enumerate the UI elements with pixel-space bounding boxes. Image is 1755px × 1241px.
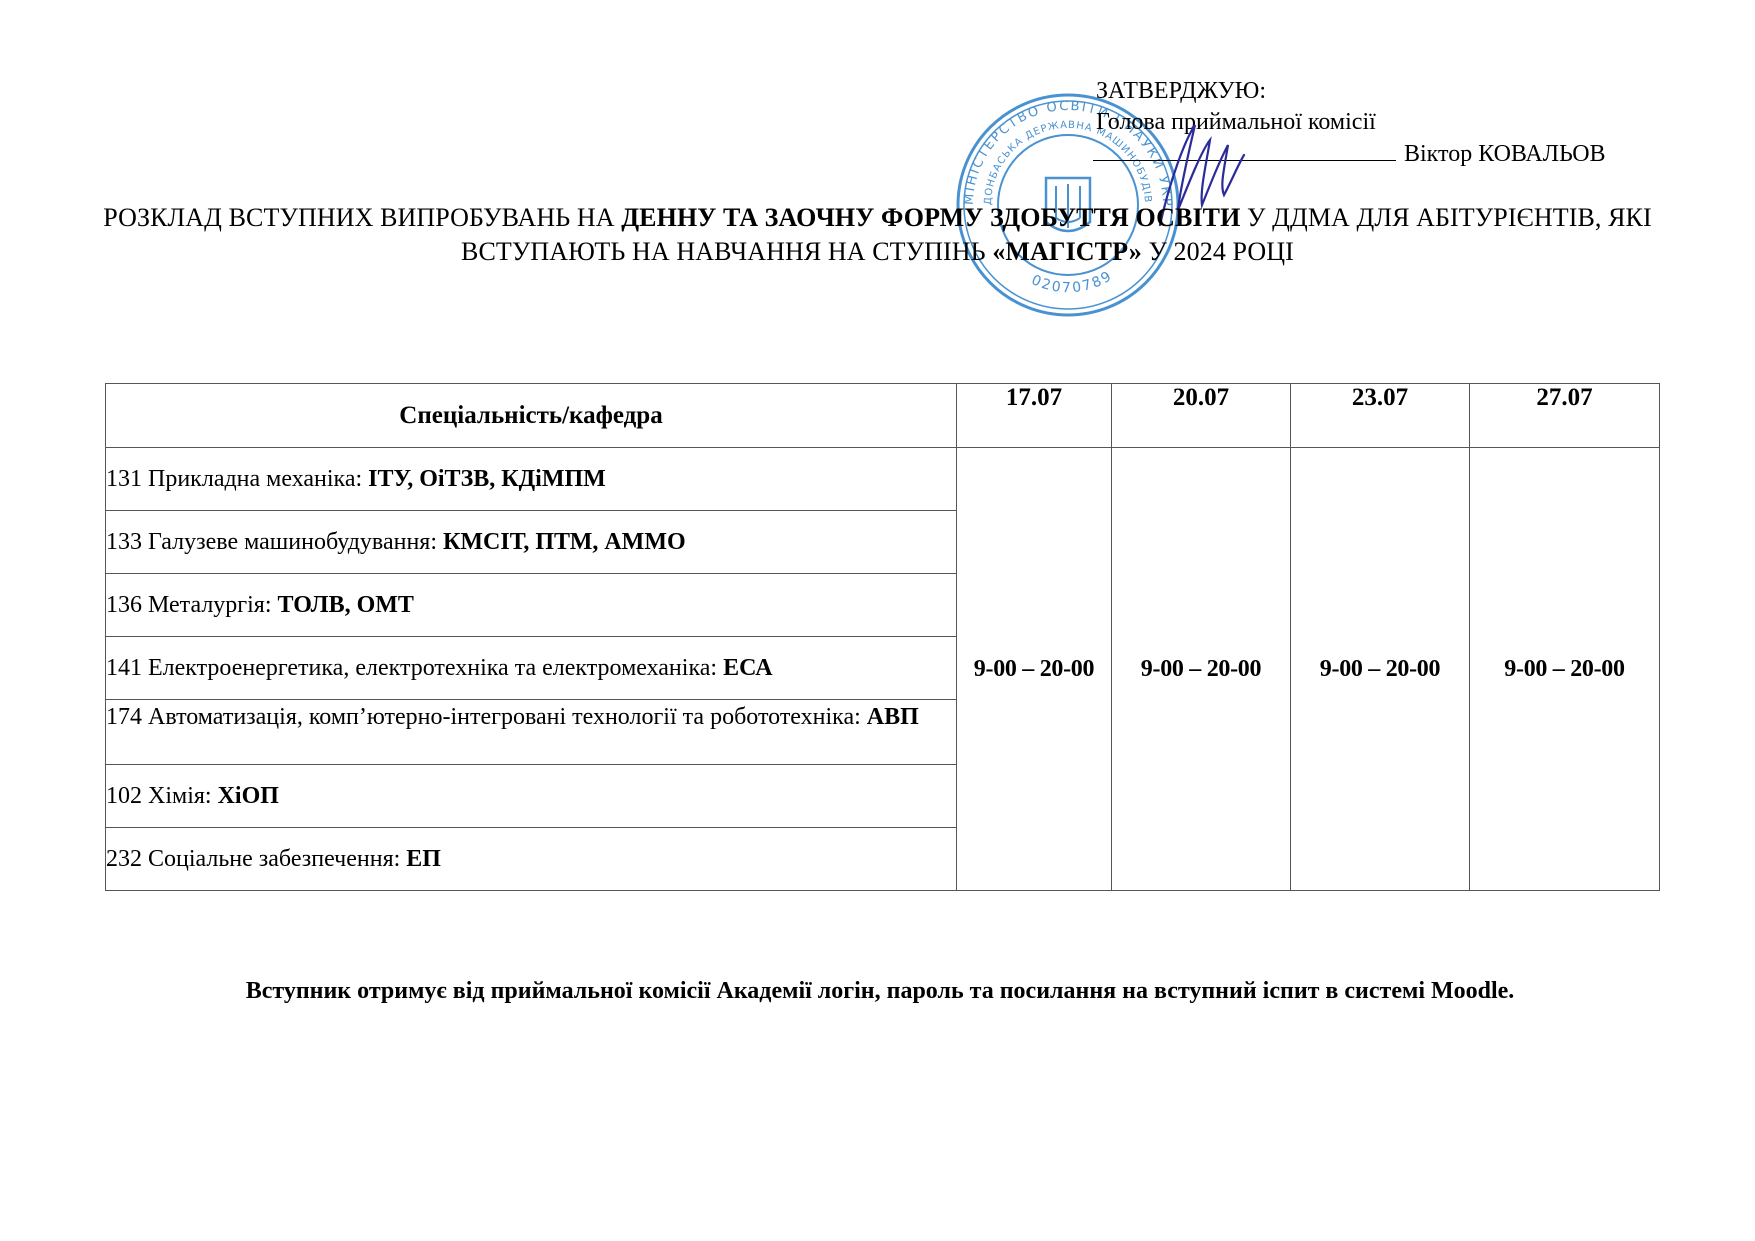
stamp-code: 02070789 [1029,268,1116,296]
specialty-name: 131 Прикладна механіка: [106,466,368,492]
specialty-cell: 136 Металургія: ТОЛВ, ОМТ [106,574,957,637]
departments: ІТУ, ОіТЗВ, КДіМПМ [368,466,606,492]
svg-text:02070789: 02070789 [1029,268,1116,296]
table-row: 131 Прикладна механіка: ІТУ, ОіТЗВ, КДіМ… [106,448,1660,511]
time-cell: 9-00 – 20-00 [957,448,1112,891]
specialty-name: 174 Автоматизація, комп’ютерно-інтегрова… [106,704,867,730]
signature-underline [1093,138,1396,161]
specialty-cell: 102 Хімія: ХіОП [106,765,957,828]
departments: ЕСА [723,655,772,681]
departments: КМСІТ, ПТМ, АММО [443,529,686,555]
approver-name: Віктор КОВАЛЬОВ [1404,141,1606,167]
specialty-name: 141 Електроенергетика, електротехніка та… [106,655,723,681]
title-part: У 2024 РОЦІ [1142,237,1294,266]
departments: ТОЛВ, ОМТ [278,592,414,618]
specialty-name: 133 Галузеве машинобудування: [106,529,443,555]
title-part: РОЗКЛАД ВСТУПНИХ ВИПРОБУВАНЬ НА [103,203,621,232]
document-title: РОЗКЛАД ВСТУПНИХ ВИПРОБУВАНЬ НА ДЕННУ ТА… [100,201,1655,269]
column-header-specialty: Спеціальність/кафедра [106,384,957,448]
time-cell: 9-00 – 20-00 [1112,448,1291,891]
time-cell: 9-00 – 20-00 [1291,448,1470,891]
title-bold-part: ДЕННУ ТА ЗАОЧНУ ФОРМУ ЗДОБУТТЯ ОСВІТИ [621,203,1240,232]
column-header-date: 27.07 [1470,384,1660,448]
column-header-date: 17.07 [957,384,1112,448]
approval-position: Голова приймальної комісії [1096,107,1376,138]
specialty-cell: 131 Прикладна механіка: ІТУ, ОіТЗВ, КДіМ… [106,448,957,511]
column-header-date: 23.07 [1291,384,1470,448]
departments: ХіОП [218,783,279,809]
specialty-name: 102 Хімія: [106,783,218,809]
footnote: Вступник отримує від приймальної комісії… [100,978,1660,1005]
column-header-date: 20.07 [1112,384,1291,448]
title-degree: «МАГІСТР» [992,237,1142,266]
specialty-cell: 141 Електроенергетика, електротехніка та… [106,637,957,700]
specialty-cell: 133 Галузеве машинобудування: КМСІТ, ПТМ… [106,511,957,574]
signature-line: Віктор КОВАЛЬОВ [1093,138,1606,170]
specialty-name: 232 Соціальне забезпечення: [106,846,406,872]
approval-block: ЗАТВЕРДЖУЮ: Голова приймальної комісії В… [1096,76,1376,138]
departments: АВП [867,704,919,730]
table-header-row: Спеціальність/кафедра 17.07 20.07 23.07 … [106,384,1660,448]
approval-heading: ЗАТВЕРДЖУЮ: [1096,76,1376,107]
departments: ЕП [406,846,441,872]
specialty-cell: 232 Соціальне забезпечення: ЕП [106,828,957,891]
specialty-name: 136 Металургія: [106,592,278,618]
specialty-cell: 174 Автоматизація, комп’ютерно-інтегрова… [106,700,957,765]
time-cell: 9-00 – 20-00 [1470,448,1660,891]
schedule-table: Спеціальність/кафедра 17.07 20.07 23.07 … [105,383,1660,891]
